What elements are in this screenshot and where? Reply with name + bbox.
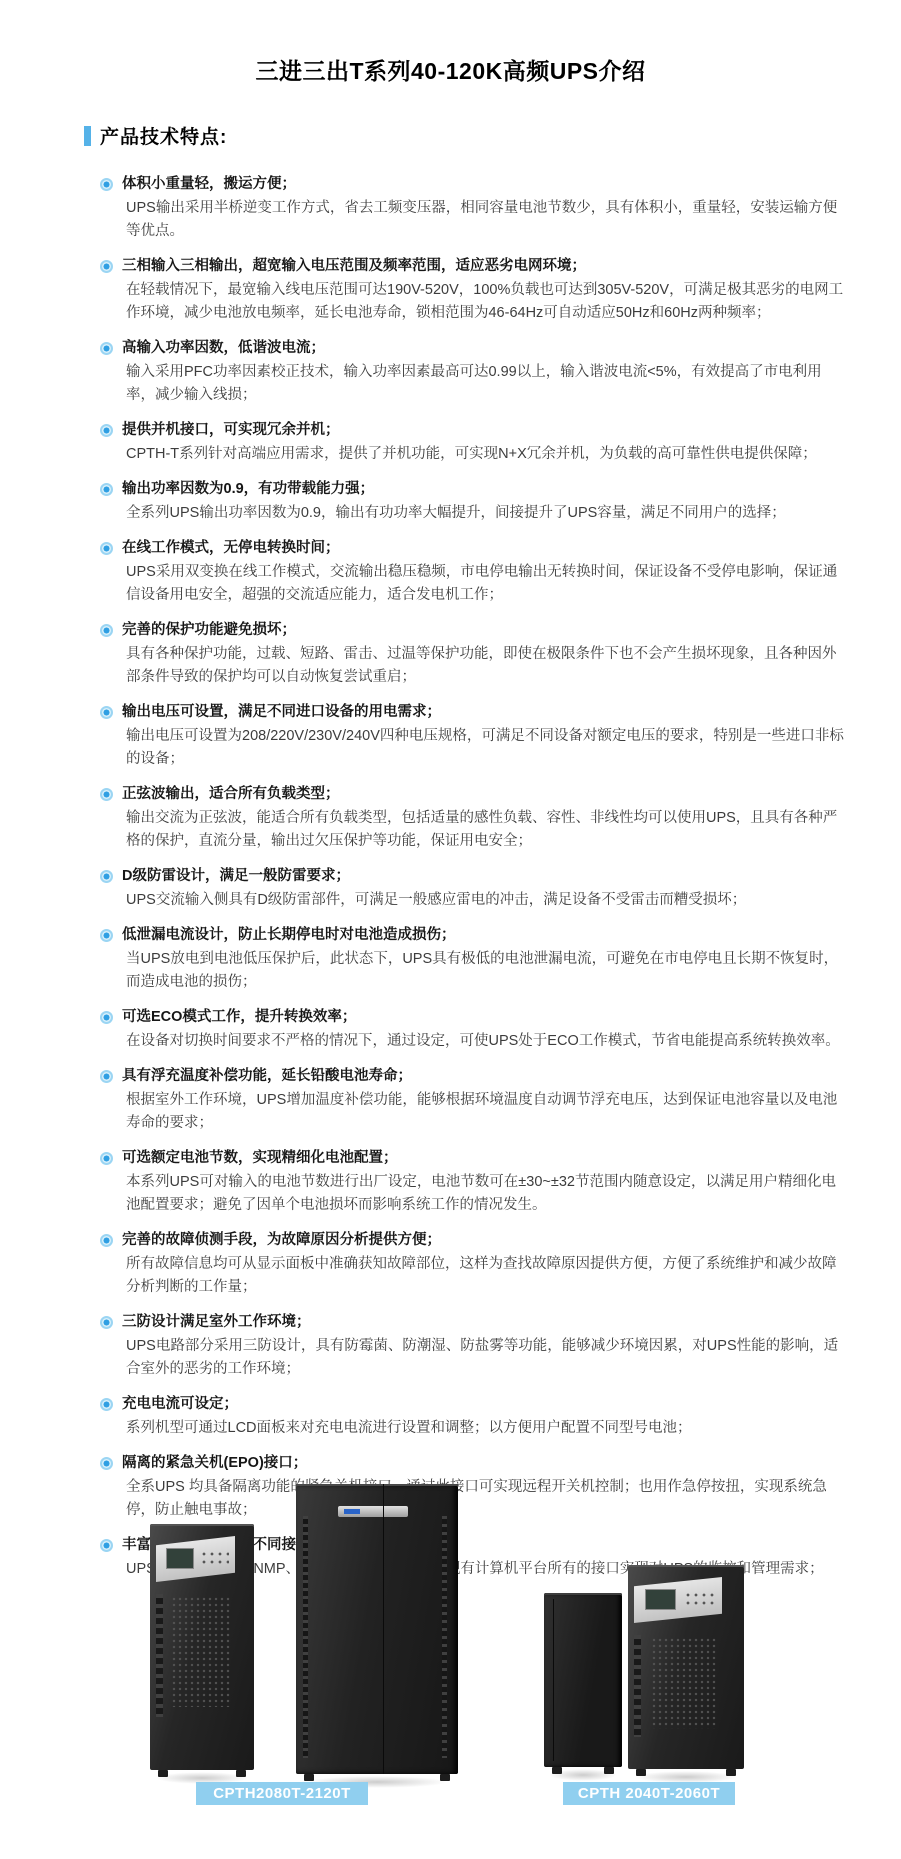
door-seam (553, 1599, 554, 1761)
feature-heading: 充电电流可设定； (122, 1393, 238, 1416)
vent-right (442, 1516, 447, 1758)
feature-item: 充电电流可设定； 系列机型可通过LCD面板来对充电电流进行设置和调整；以方便用户… (100, 1393, 849, 1440)
bullet-icon (100, 1398, 113, 1411)
feature-body: 当UPS放电到电池低压保护后，此状态下，UPS具有极低的电池泄漏电流，可避免在市… (100, 948, 849, 994)
feature-body: CPTH-T系列针对高端应用需求，提供了并机功能，可实现N+X冗余并机，为负载的… (100, 443, 849, 466)
ups-tower-illustration (150, 1524, 254, 1770)
section-heading-row: 产品技术特点: (84, 122, 901, 149)
feature-heading-row: 可选ECO模式工作，提升转换效率； (100, 1006, 849, 1029)
feature-body: UPS采用双变换在线工作模式，交流输出稳压稳频，市电停电输出无转换时间，保证设备… (100, 561, 849, 607)
feature-heading-row: 高输入功率因数，低谐波电流； (100, 337, 849, 360)
lcd-screen (645, 1589, 676, 1610)
feature-body: 输入采用PFC功率因素校正技术，输入功率因素最高可达0.99以上，输入谐波电流<… (100, 361, 849, 407)
feature-heading: 可选ECO模式工作，提升转换效率； (122, 1006, 356, 1029)
feature-body: 全系列UPS输出功率因数为0.9，输出有功功率大幅提升，间接提升了UPS容量，满… (100, 502, 849, 525)
feature-heading: 正弦波输出，适合所有负载类型； (122, 783, 340, 806)
ups-tower-illustration (628, 1565, 744, 1769)
feature-body: 系列机型可通过LCD面板来对充电电流进行设置和调整；以方便用户配置不同型号电池； (100, 1417, 849, 1440)
feature-item: 可选额定电池节数，实现精细化电池配置； 本系列UPS可对输入的电池节数进行出厂设… (100, 1147, 849, 1217)
feature-heading: D级防雷设计，满足一般防雷要求； (122, 865, 350, 888)
feature-item: 完善的故障侦测手段，为故障原因分析提供方便； 所有故障信息均可从显示面板中准确获… (100, 1229, 849, 1299)
feature-heading-row: 可选额定电池节数，实现精细化电池配置； (100, 1147, 849, 1170)
vent-slots (156, 1594, 163, 1717)
bullet-icon (100, 1316, 113, 1329)
feature-heading: 输出电压可设置，满足不同进口设备的用电需求； (122, 701, 441, 724)
feature-heading-row: 在线工作模式，无停电转换时间； (100, 537, 849, 560)
feature-body: UPS电路部分采用三防设计，具有防霉菌、防潮湿、防盐雾等功能，能够减少环境因累，… (100, 1335, 849, 1381)
page-title: 三进三出T系列40-120K高频UPS介绍 (0, 0, 901, 86)
ups-plain-tower-illustration (544, 1593, 622, 1767)
floor-shadow (549, 1769, 618, 1781)
door-seam (383, 1484, 384, 1774)
bullet-icon (100, 1234, 113, 1247)
feature-item: 低泄漏电流设计，防止长期停电时对电池造成损伤； 当UPS放电到电池低压保护后，此… (100, 924, 849, 994)
feature-heading: 输出功率因数为0.9，有功带载能力强； (122, 478, 374, 501)
model-label-left: CPTH2080T-2120T (196, 1782, 368, 1805)
feature-item: D级防雷设计，满足一般防雷要求； UPS交流输入侧具有D级防雷部件，可满足一般感… (100, 865, 849, 912)
feature-heading-row: 三防设计满足室外工作环境； (100, 1311, 849, 1334)
feature-item: 在线工作模式，无停电转换时间； UPS采用双变换在线工作模式，交流输出稳压稳频，… (100, 537, 849, 607)
feature-item: 正弦波输出，适合所有负载类型； 输出交流为正弦波，能适合所有负载类型，包括适量的… (100, 783, 849, 853)
bullet-icon (100, 424, 113, 437)
bullet-icon (100, 1152, 113, 1165)
feature-heading-row: 低泄漏电流设计，防止长期停电时对电池造成损伤； (100, 924, 849, 947)
ups-large-cabinet-illustration (296, 1484, 458, 1774)
perforated-grille (171, 1596, 231, 1707)
feature-heading: 隔离的紧急关机(EPO)接口； (122, 1452, 307, 1475)
lcd-screen (166, 1548, 194, 1569)
bullet-icon (100, 1070, 113, 1083)
page-root: 三进三出T系列40-120K高频UPS介绍 产品技术特点: 体积小重量轻，搬运方… (0, 0, 901, 1859)
product-image-cpth2080t-2120t: CPTH2080T-2120T (130, 1480, 502, 1810)
bullet-icon (100, 542, 113, 555)
feature-heading: 提供并机接口，可实现冗余并机； (122, 419, 340, 442)
feature-item: 完善的保护功能避免损坏； 具有各种保护功能，过载、短路、雷击、过温等保护功能，即… (100, 619, 849, 689)
accent-bar-icon (84, 126, 91, 146)
feature-heading: 完善的故障侦测手段，为故障原因分析提供方便； (122, 1229, 441, 1252)
feature-heading: 可选额定电池节数，实现精细化电池配置； (122, 1147, 398, 1170)
feature-heading: 高输入功率因数，低谐波电流； (122, 337, 325, 360)
feature-item: 体积小重量轻，搬运方便； UPS输出采用半桥逆变工作方式，省去工频变压器，相同容… (100, 173, 849, 243)
feature-item: 高输入功率因数，低谐波电流； 输入采用PFC功率因素校正技术，输入功率因素最高可… (100, 337, 849, 407)
bullet-icon (100, 1457, 113, 1470)
feature-heading-row: D级防雷设计，满足一般防雷要求； (100, 865, 849, 888)
bullet-icon (100, 870, 113, 883)
vent-slots (634, 1635, 641, 1737)
feature-heading: 完善的保护功能避免损坏； (122, 619, 296, 642)
feature-item: 三防设计满足室外工作环境； UPS电路部分采用三防设计，具有防霉菌、防潮湿、防盐… (100, 1311, 849, 1381)
features-list: 体积小重量轻，搬运方便； UPS输出采用半桥逆变工作方式，省去工频变压器，相同容… (100, 173, 849, 1581)
products-row: CPTH2080T-2120T CPTH 2040T-2060T (0, 1480, 901, 1859)
panel-buttons (684, 1591, 716, 1607)
feature-item: 三相输入三相输出，超宽输入电压范围及频率范围，适应恶劣电网环境； 在轻载情况下，… (100, 255, 849, 325)
feature-body: 在轻载情况下，最宽输入线电压范围可达190V-520V，100%负载也可达到30… (100, 279, 849, 325)
feature-heading-row: 完善的保护功能避免损坏； (100, 619, 849, 642)
feature-item: 具有浮充温度补偿功能，延长铅酸电池寿命； 根据室外工作环境，UPS增加温度补偿功… (100, 1065, 849, 1135)
bullet-icon (100, 706, 113, 719)
feature-body: 本系列UPS可对输入的电池节数进行出厂设定，电池节数可在±30~±32节范围内随… (100, 1171, 849, 1217)
bullet-icon (100, 342, 113, 355)
feature-heading: 三相输入三相输出，超宽输入电压范围及频率范围，适应恶劣电网环境； (122, 255, 586, 278)
bullet-icon (100, 178, 113, 191)
bullet-icon (100, 483, 113, 496)
feature-heading-row: 输出电压可设置，满足不同进口设备的用电需求； (100, 701, 849, 724)
feature-heading-row: 隔离的紧急关机(EPO)接口； (100, 1452, 849, 1475)
feature-heading-row: 三相输入三相输出，超宽输入电压范围及频率范围，适应恶劣电网环境； (100, 255, 849, 278)
feature-heading: 在线工作模式，无停电转换时间； (122, 537, 340, 560)
feature-body: 所有故障信息均可从显示面板中准确获知故障部位，这样为查找故障原因提供方便，方便了… (100, 1253, 849, 1299)
feature-heading-row: 体积小重量轻，搬运方便； (100, 173, 849, 196)
feature-body: 具有各种保护功能，过载、短路、雷击、过温等保护功能，即使在极限条件下也不会产生损… (100, 643, 849, 689)
bullet-icon (100, 260, 113, 273)
bullet-icon (100, 788, 113, 801)
panel-buttons (200, 1550, 229, 1566)
feature-heading: 体积小重量轻，搬运方便； (122, 173, 296, 196)
feature-body: 输出电压可设置为208/220V/230V/240V四种电压规格，可满足不同设备… (100, 725, 849, 771)
feature-body: 输出交流为正弦波，能适合所有负载类型，包括适量的感性负载、容性、非线性均可以使用… (100, 807, 849, 853)
bullet-icon (100, 624, 113, 637)
perforated-grille (651, 1637, 718, 1729)
feature-body: UPS输出采用半桥逆变工作方式，省去工频变压器，相同容量电池节数少，具有体积小，… (100, 197, 849, 243)
feature-item: 输出功率因数为0.9，有功带载能力强； 全系列UPS输出功率因数为0.9，输出有… (100, 478, 849, 525)
feature-heading-row: 提供并机接口，可实现冗余并机； (100, 419, 849, 442)
feature-heading-row: 充电电流可设定； (100, 1393, 849, 1416)
product-image-cpth2040t-2060t: CPTH 2040T-2060T (540, 1565, 752, 1810)
feature-heading-row: 正弦波输出，适合所有负载类型； (100, 783, 849, 806)
model-label-right: CPTH 2040T-2060T (563, 1782, 735, 1805)
feature-heading: 三防设计满足室外工作环境； (122, 1311, 311, 1334)
bullet-icon (100, 1011, 113, 1024)
lcd-display-strip (338, 1506, 408, 1517)
feature-heading: 低泄漏电流设计，防止长期停电时对电池造成损伤； (122, 924, 456, 947)
bullet-icon (100, 929, 113, 942)
feature-item: 可选ECO模式工作，提升转换效率； 在设备对切换时间要求不严格的情况下，通过设定… (100, 1006, 849, 1053)
feature-body: 根据室外工作环境，UPS增加温度补偿功能，能够根据环境温度自动调节浮充电压，达到… (100, 1089, 849, 1135)
feature-heading-row: 完善的故障侦测手段，为故障原因分析提供方便； (100, 1229, 849, 1252)
feature-body: 在设备对切换时间要求不严格的情况下，通过设定，可使UPS处于ECO工作模式，节省… (100, 1030, 849, 1053)
feature-item: 提供并机接口，可实现冗余并机； CPTH-T系列针对高端应用需求，提供了并机功能… (100, 419, 849, 466)
feature-heading-row: 具有浮充温度补偿功能，延长铅酸电池寿命； (100, 1065, 849, 1088)
feature-heading: 具有浮充温度补偿功能，延长铅酸电池寿命； (122, 1065, 412, 1088)
feature-body: UPS交流输入侧具有D级防雷部件，可满足一般感应雷电的冲击，满足设备不受雷击而糟… (100, 889, 849, 912)
section-heading: 产品技术特点: (100, 122, 227, 149)
vent-left (303, 1516, 308, 1758)
feature-heading-row: 输出功率因数为0.9，有功带载能力强； (100, 478, 849, 501)
feature-item: 输出电压可设置，满足不同进口设备的用电需求； 输出电压可设置为208/220V/… (100, 701, 849, 771)
